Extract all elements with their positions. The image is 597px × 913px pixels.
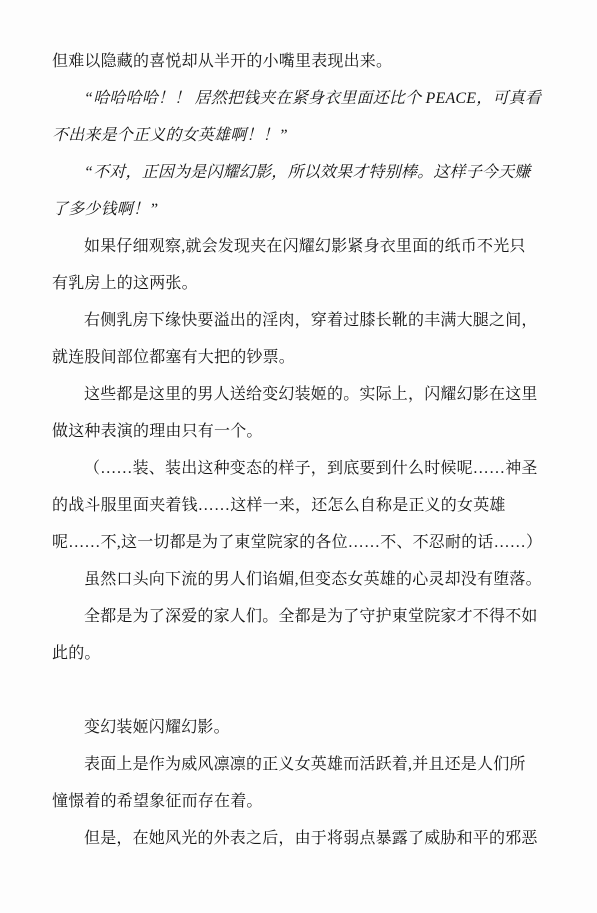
text-line: 这些都是这里的男人送给变幻装姬的。实际上，闪耀幻影在这里 xyxy=(52,376,553,413)
text-line: 不出来是个正义的女英雄啊！！” xyxy=(52,117,553,154)
text-line: 但难以隐藏的喜悦却从半开的小嘴里表现出来。 xyxy=(52,43,553,80)
text-line: 此的。 xyxy=(52,635,553,672)
text-line: 做这种表演的理由只有一个。 xyxy=(52,413,553,450)
text-line: 了多少钱啊！” xyxy=(52,191,553,228)
text-line: “不对，正因为是闪耀幻影，所以效果才特别棒。这样子今天赚 xyxy=(52,154,553,191)
text-line: 全都是为了深爱的家人们。全都是为了守护東堂院家才不得不如 xyxy=(52,598,553,635)
text-column: 但难以隐藏的喜悦却从半开的小嘴里表现出来。“哈哈哈哈！！ 居然把钱夹在紧身衣里面… xyxy=(52,43,553,857)
text-line: 就连股间部位都塞有大把的钞票。 xyxy=(52,339,553,376)
text-line: 的战斗服里面夹着钱……这样一来，还怎么自称是正义的女英雄 xyxy=(52,487,553,524)
text-line: 有乳房上的这两张。 xyxy=(52,265,553,302)
document-page: 但难以隐藏的喜悦却从半开的小嘴里表现出来。“哈哈哈哈！！ 居然把钱夹在紧身衣里面… xyxy=(0,0,597,913)
text-line: 憧憬着的希望象征而存在着。 xyxy=(52,783,553,820)
text-line: 虽然口头向下流的男人们谄媚,但变态女英雄的心灵却没有堕落。 xyxy=(52,561,553,598)
text-line: 如果仔细观察,就会发现夹在闪耀幻影紧身衣里面的纸币不光只 xyxy=(52,228,553,265)
text-line: 呢……不,这一切都是为了東堂院家的各位……不、不忍耐的话……） xyxy=(52,524,553,561)
text-line: 但是，在她风光的外表之后，由于将弱点暴露了威胁和平的邪恶 xyxy=(52,820,553,857)
text-line: （……装、装出这种变态的样子，到底要到什么时候呢……神圣 xyxy=(52,450,553,487)
text-line: 右侧乳房下缘快要溢出的淫肉，穿着过膝长靴的丰满大腿之间， xyxy=(52,302,553,339)
text-line: 变幻装姬闪耀幻影。 xyxy=(52,709,553,746)
blank-line xyxy=(52,672,553,709)
text-line: 表面上是作为威风凛凛的正义女英雄而活跃着,并且还是人们所 xyxy=(52,746,553,783)
text-line: “哈哈哈哈！！ 居然把钱夹在紧身衣里面还比个 PEACE，可真看 xyxy=(52,80,553,117)
